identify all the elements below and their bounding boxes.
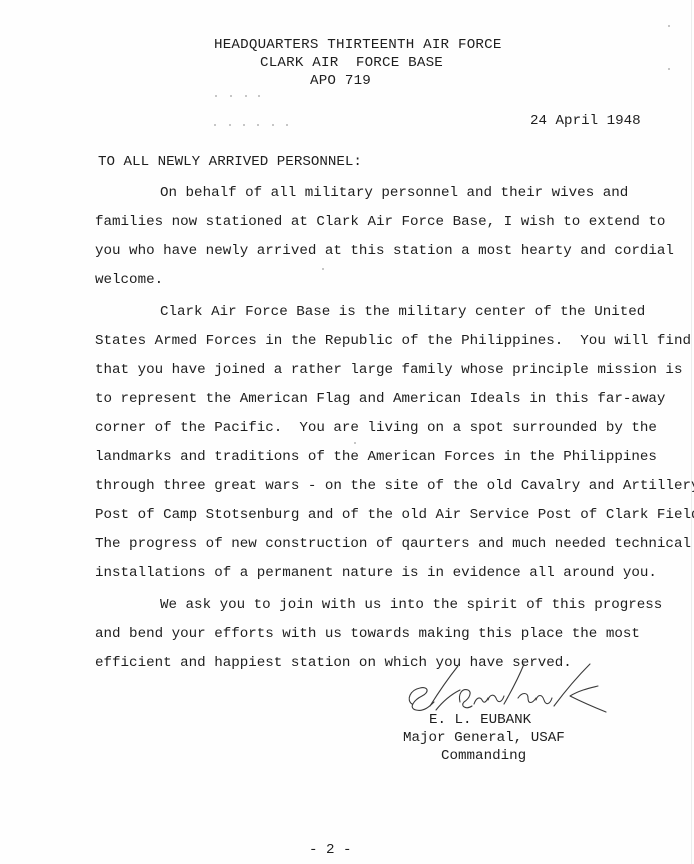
scan-speck: [215, 95, 217, 97]
body-line: Post of Camp Stotsenburg and of the old …: [95, 507, 694, 523]
page-edge: [691, 0, 692, 864]
letterhead: HEADQUARTERS THIRTEENTH AIR FORCE CLARK …: [0, 0, 694, 95]
scan-speck: [245, 95, 247, 97]
body-line: to represent the American Flag and Ameri…: [95, 391, 665, 407]
letterhead-line-2: CLARK AIR FORCE BASE: [260, 54, 443, 73]
signatory-role: Commanding: [441, 748, 526, 764]
salutation: TO ALL NEWLY ARRIVED PERSONNEL:: [98, 154, 362, 170]
scan-speck: [668, 68, 670, 70]
body-line: welcome.: [95, 272, 163, 288]
body-line: landmarks and traditions of the American…: [95, 449, 657, 465]
handwritten-signature: [400, 660, 620, 720]
scan-speck: [243, 124, 245, 126]
scan-speck: [258, 95, 260, 97]
signatory-name: E. L. EUBANK: [429, 712, 531, 728]
body-line: and bend your efforts with us towards ma…: [95, 626, 640, 642]
letterhead-line-3: APO 719: [310, 72, 371, 91]
body-line: Clark Air Force Base is the military cen…: [160, 304, 645, 320]
scan-speck: [286, 124, 288, 126]
page-number: - 2 -: [309, 842, 352, 858]
scan-speck: [230, 95, 232, 97]
document-page: HEADQUARTERS THIRTEENTH AIR FORCE CLARK …: [0, 0, 694, 864]
scan-speck: [354, 442, 356, 444]
letter-date: 24 April 1948: [530, 113, 641, 129]
body-line: corner of the Pacific. You are living on…: [95, 420, 657, 436]
body-line: that you have joined a rather large fami…: [95, 362, 682, 378]
body-line: through three great wars - on the site o…: [95, 478, 694, 494]
body-line: families now stationed at Clark Air Forc…: [95, 214, 665, 230]
body-line: you who have newly arrived at this stati…: [95, 243, 674, 259]
body-line: The progress of new construction of qaur…: [95, 536, 691, 552]
body-line: We ask you to join with us into the spir…: [160, 597, 662, 613]
body-line: States Armed Forces in the Republic of t…: [95, 333, 691, 349]
body-line: On behalf of all military personnel and …: [160, 185, 628, 201]
scan-speck: [322, 268, 324, 270]
scan-speck: [229, 124, 231, 126]
scan-speck: [272, 124, 274, 126]
body-line: installations of a permanent nature is i…: [95, 565, 657, 581]
letterhead-line-1: HEADQUARTERS THIRTEENTH AIR FORCE: [214, 36, 502, 55]
signatory-rank: Major General, USAF: [403, 730, 565, 746]
scan-speck: [214, 124, 216, 126]
scan-speck: [668, 25, 670, 27]
scan-speck: [257, 124, 259, 126]
